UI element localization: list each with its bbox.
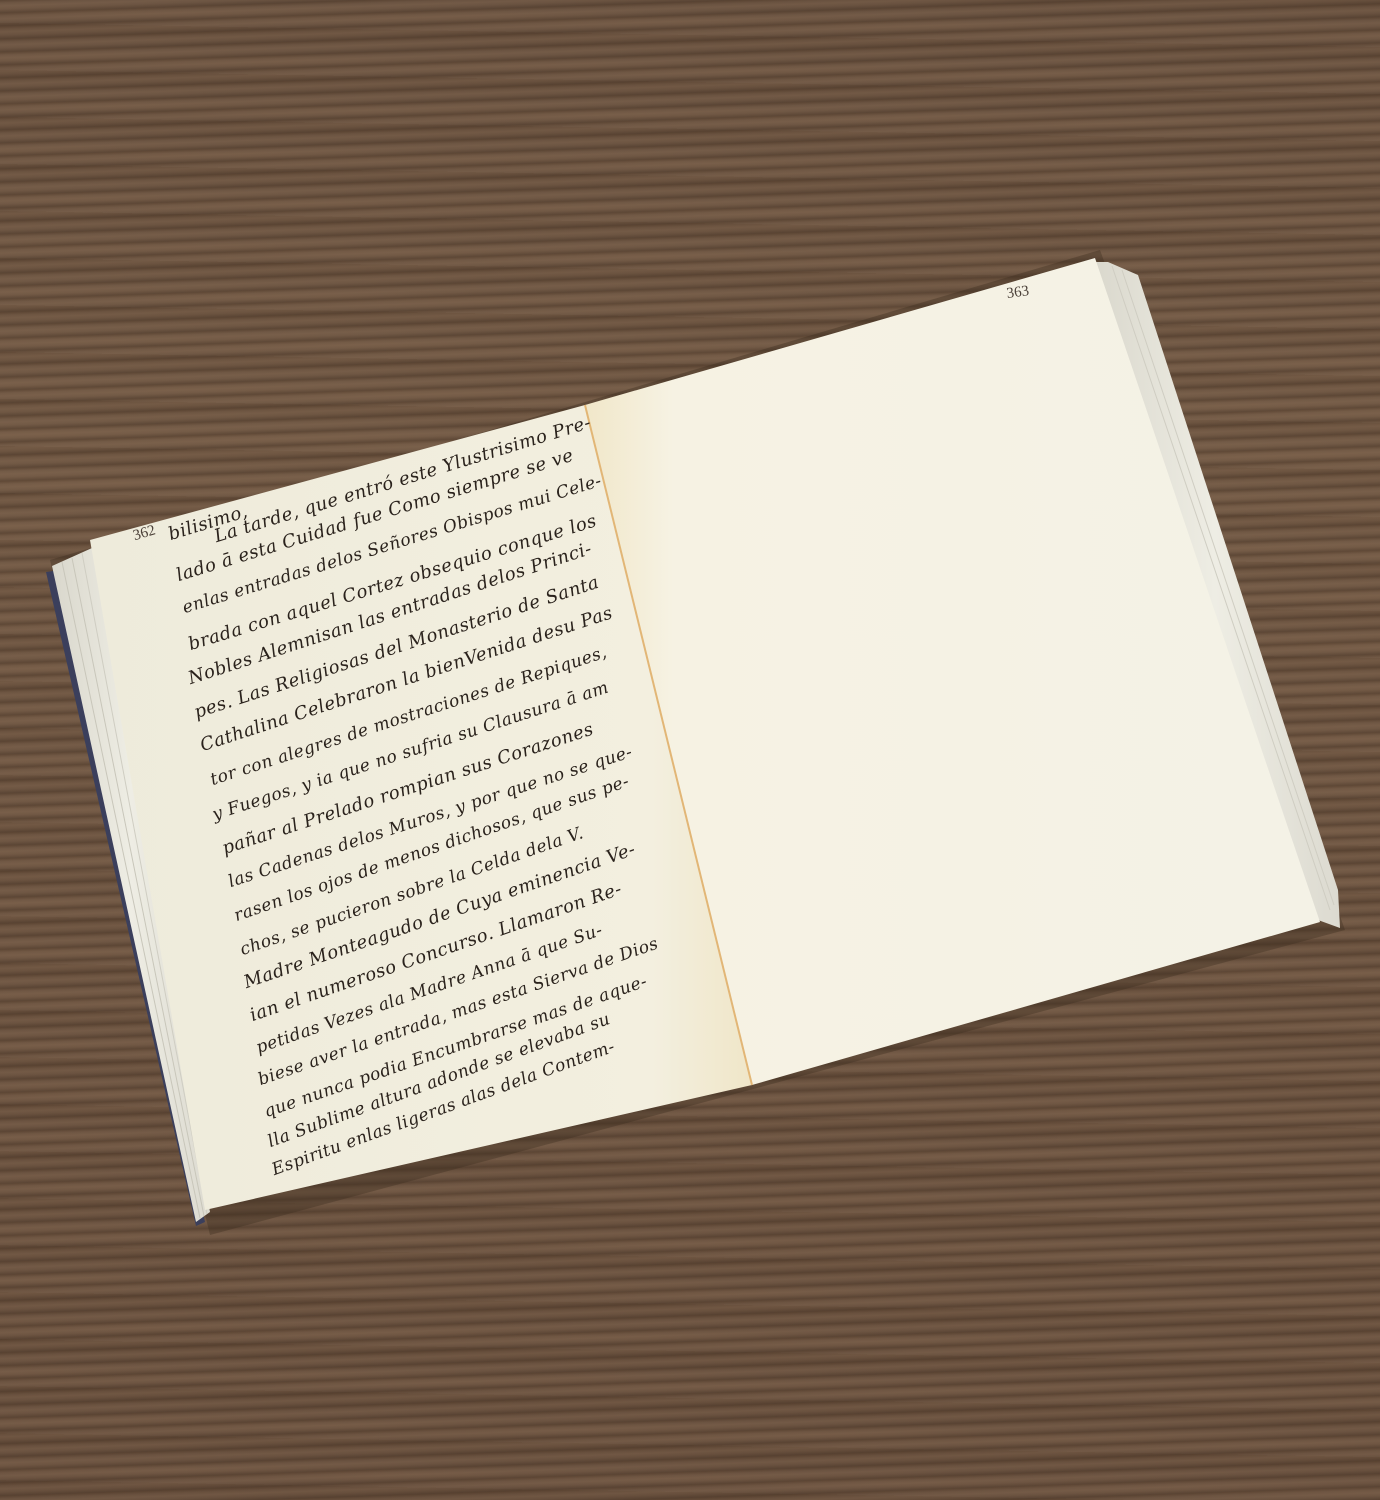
photo-scene: 362 363 bilisimo, La tarde, que entró es… (0, 0, 1380, 1500)
right-page-number: 363 (1006, 283, 1031, 303)
